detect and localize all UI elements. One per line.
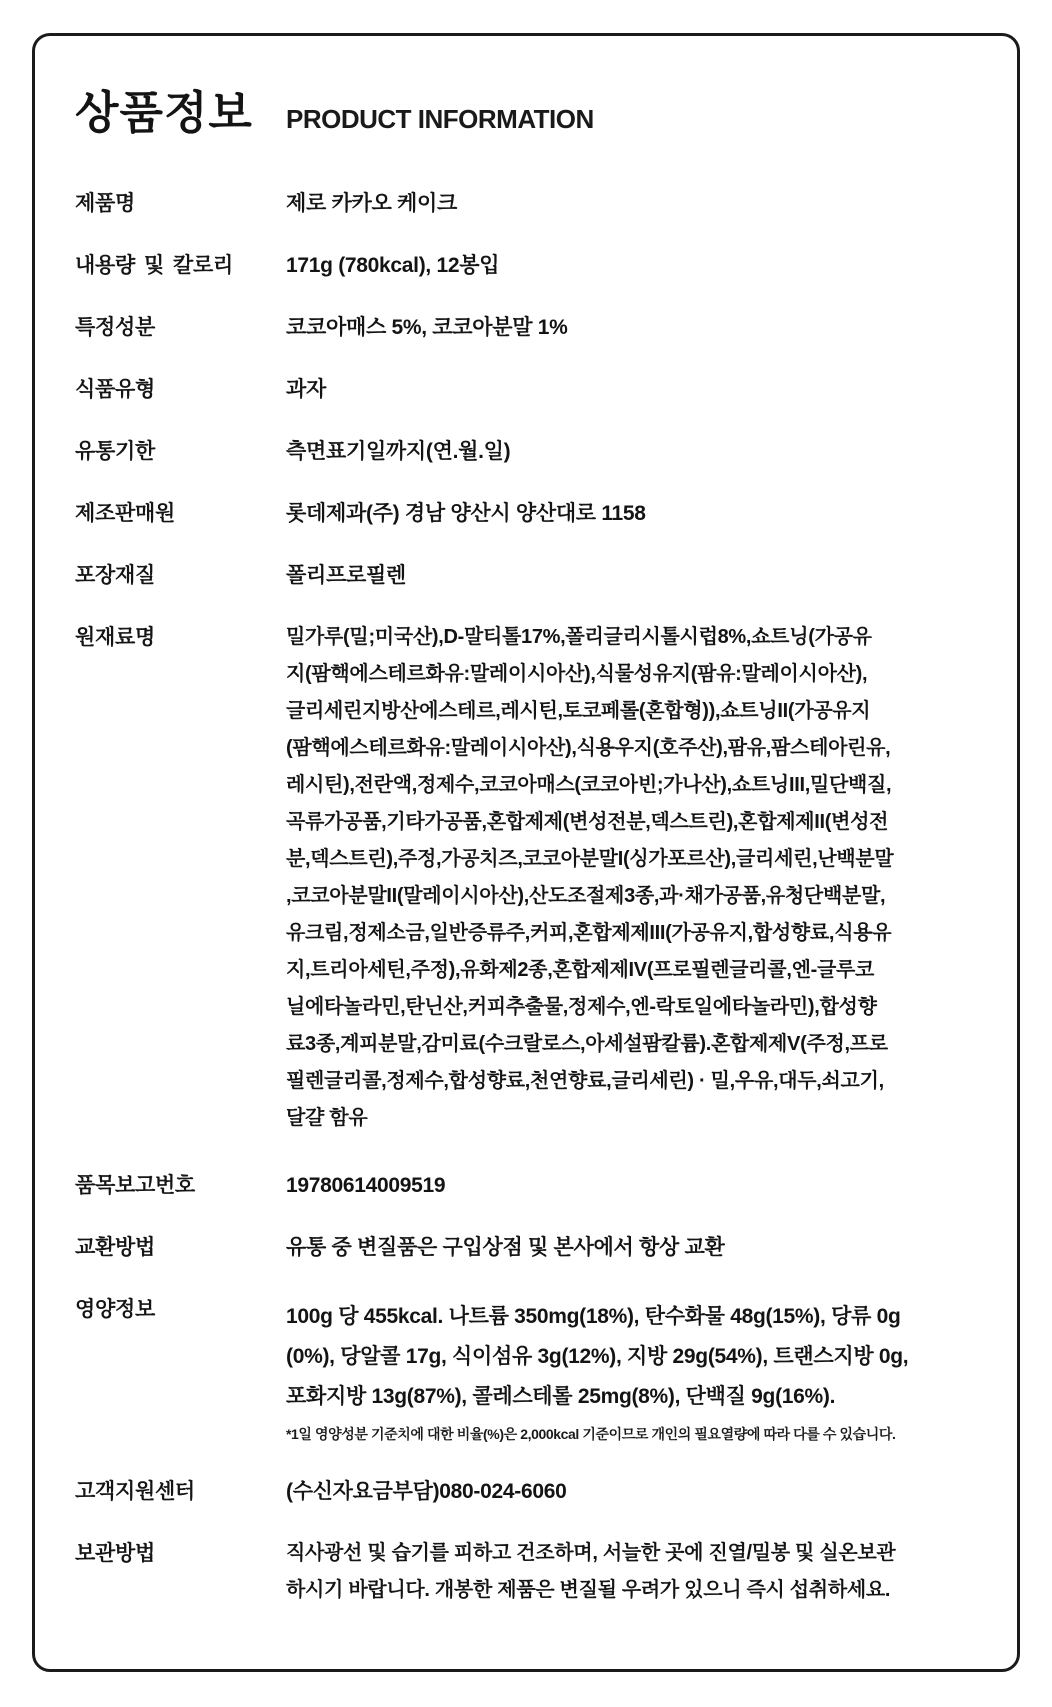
field-label-manufacturer: 제조판매원 bbox=[75, 501, 233, 527]
field-value-exchange-policy: 유통 중 변질품은 구입상점 및 본사에서 항상 교환 bbox=[286, 1235, 1003, 1261]
field-value-ingredients: 밀가루(밀;미국산),D-말티톨17%,폴리글리시톨시럽8%,쇼트닝(가공유 지… bbox=[286, 619, 1003, 1137]
field-row-content-calories: 내용량 및 칼로리 171g (780kcal), 12봉입 bbox=[75, 253, 1003, 279]
page-title-cell: 상품정보 bbox=[75, 76, 286, 141]
field-label-storage: 보관방법 bbox=[75, 1541, 233, 1567]
field-row-exchange-policy: 교환방법 유통 중 변질품은 구입상점 및 본사에서 항상 교환 bbox=[75, 1235, 1003, 1261]
product-info-card: 상품정보 PRODUCT INFORMATION 제품명 제로 카카오 케이크 … bbox=[32, 33, 1020, 1672]
page-title: 상품정보 bbox=[75, 76, 286, 141]
page-subtitle: PRODUCT INFORMATION bbox=[286, 104, 594, 135]
field-row-packaging-material: 포장재질 폴리프로필렌 bbox=[75, 563, 1003, 589]
field-value-manufacturer: 롯데제과(주) 경남 양산시 양산대로 1158 bbox=[286, 501, 1003, 527]
field-value-nutrition: 100g 당 455kcal. 나트륨 350mg(18%), 탄수화물 48g… bbox=[286, 1297, 1003, 1443]
field-value-product-name: 제로 카카오 케이크 bbox=[286, 191, 1003, 217]
field-label-exchange-policy: 교환방법 bbox=[75, 1235, 233, 1261]
field-label-shelf-life: 유통기한 bbox=[75, 439, 233, 465]
field-row-report-number: 품목보고번호 19780614009519 bbox=[75, 1173, 1003, 1199]
field-value-shelf-life: 측면표기일까지(연.월.일) bbox=[286, 439, 1003, 465]
field-row-product-name: 제품명 제로 카카오 케이크 bbox=[75, 191, 1003, 217]
field-value-customer-center: (수신자요금부담)080-024-6060 bbox=[286, 1479, 1003, 1505]
field-row-special-ingredient: 특정성분 코코아매스 5%, 코코아분말 1% bbox=[75, 315, 1003, 341]
field-label-content-calories: 내용량 및 칼로리 bbox=[75, 253, 233, 279]
field-label-customer-center: 고객지원센터 bbox=[75, 1479, 233, 1505]
field-row-ingredients: 원재료명 밀가루(밀;미국산),D-말티톨17%,폴리글리시톨시럽8%,쇼트닝(… bbox=[75, 625, 1003, 1137]
field-value-content-calories: 171g (780kcal), 12봉입 bbox=[286, 253, 1003, 279]
field-row-storage: 보관방법 직사광선 및 습기를 피하고 건조하며, 서늘한 곳에 진열/밀봉 및… bbox=[75, 1541, 1003, 1609]
field-row-food-type: 식품유형 과자 bbox=[75, 377, 1003, 403]
field-value-special-ingredient: 코코아매스 5%, 코코아분말 1% bbox=[286, 315, 1003, 341]
field-label-product-name: 제품명 bbox=[75, 191, 233, 217]
field-row-manufacturer: 제조판매원 롯데제과(주) 경남 양산시 양산대로 1158 bbox=[75, 501, 1003, 527]
field-label-nutrition: 영양정보 bbox=[75, 1297, 233, 1323]
field-row-customer-center: 고객지원센터 (수신자요금부담)080-024-6060 bbox=[75, 1479, 1003, 1505]
nutrition-footnote: *1일 영양성분 기준치에 대한 비율(%)은 2,000kcal 기준이므로 … bbox=[286, 1425, 1003, 1443]
header: 상품정보 PRODUCT INFORMATION bbox=[75, 76, 1003, 141]
field-value-report-number: 19780614009519 bbox=[286, 1173, 1003, 1199]
field-row-shelf-life: 유통기한 측면표기일까지(연.월.일) bbox=[75, 439, 1003, 465]
field-value-storage: 직사광선 및 습기를 피하고 건조하며, 서늘한 곳에 진열/밀봉 및 실온보관… bbox=[286, 1535, 1003, 1609]
field-label-packaging-material: 포장재질 bbox=[75, 563, 233, 589]
field-value-food-type: 과자 bbox=[286, 377, 1003, 403]
field-label-ingredients: 원재료명 bbox=[75, 625, 233, 651]
field-row-nutrition: 영양정보 100g 당 455kcal. 나트륨 350mg(18%), 탄수화… bbox=[75, 1297, 1003, 1443]
field-label-special-ingredient: 특정성분 bbox=[75, 315, 233, 341]
field-value-packaging-material: 폴리프로필렌 bbox=[286, 563, 1003, 589]
field-label-food-type: 식품유형 bbox=[75, 377, 233, 403]
nutrition-text: 100g 당 455kcal. 나트륨 350mg(18%), 탄수화물 48g… bbox=[286, 1297, 1003, 1417]
field-label-report-number: 품목보고번호 bbox=[75, 1173, 233, 1199]
